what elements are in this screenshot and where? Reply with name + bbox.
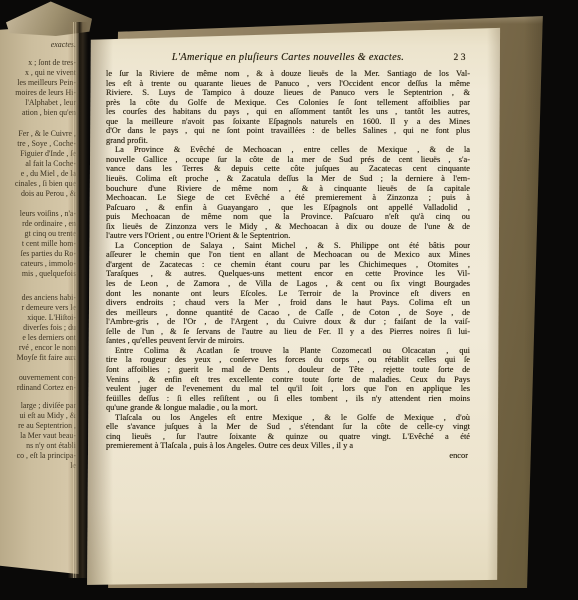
body-text-line: près la côte du Golfe de Mexique. Ces Co… (106, 98, 470, 108)
body-text-line: elle s'avance juſques à la Mer de Sud , … (106, 422, 470, 432)
book-photo: exactes.x ; ſont de tres-x , qui ne vive… (0, 0, 578, 600)
body-text-line: tire la rougeur des yeux , conſerve les … (106, 355, 470, 365)
body-text-line: veulent juger de l'evenement du mal tel … (106, 384, 470, 394)
body-text-line: les eſt à trente ou quarante lieues de P… (106, 79, 470, 89)
body-text-line: que la meilleure n'avoit pas ſoixante Eſ… (106, 117, 470, 127)
body-text-line: d'Or dans le pays , qui ne ſont point tr… (106, 126, 470, 136)
right-page: L'Amerique en pluſieurs Cartes nouvelles… (85, 24, 503, 586)
body-text-line: feüilles deſſus : ſi elles reſiſtent , o… (106, 394, 470, 404)
body-text-line: ſix lieuës de Zinzonza vers le Midy , & … (106, 222, 470, 232)
body-text-line: cinq lieuës , ſur l'autre ſoixante & qui… (106, 432, 470, 442)
body-text-line: divers endroits ; chaud vers la Mer , fr… (106, 298, 470, 308)
catchword: encor (106, 451, 470, 461)
body-text-line: aſſeurer le chemin que l'on tient en all… (106, 250, 470, 260)
body-text-line: grand profit. (106, 136, 470, 146)
body-text-line: les de Leon , de Zamora , de Villa de La… (106, 279, 470, 289)
body-text-line: premierement à Tlaſcala , puis à los Ang… (106, 441, 470, 451)
body-text-line: l'autre vers l'Orient , ou entre l'Orien… (106, 231, 470, 241)
body-text-line: puis Mechoacan de même nom que la Provin… (106, 212, 470, 222)
body-text-line: Mechoacan. Le Siege de cet Evêché a été … (106, 193, 470, 203)
body-text-line: lieuës. Colima eſt proche , & Zacatula d… (106, 174, 470, 184)
running-header: L'Amerique en pluſieurs Cartes nouvelles… (106, 52, 470, 65)
body-text-line: nouvelle Gallice , occupe ſur la côte de… (106, 155, 470, 165)
body-text-line: des meilleurs , donne quantité de Cacao … (106, 308, 470, 318)
body-text-line: bouchure d'une Riviere de même nom , & à… (106, 184, 470, 194)
body-text-line: qu'une grande & longue maladie , ou la m… (106, 403, 470, 413)
body-text-line: ſelle de l'un , & ſe ſervans de l'autre … (106, 327, 470, 337)
body-text-line: ſont affoiblies ; guerit le mal de Dents… (106, 365, 470, 375)
page-number: 23 (454, 53, 469, 63)
body-text-line: ſantes , qu'elles peuvent ſervir de miro… (106, 336, 470, 346)
body-text-line: l'Ambre-gris , de l'Or , de l'Argent , d… (106, 317, 470, 327)
body-text-line: Venins , & enfin eſt tres excellente con… (106, 375, 470, 385)
running-header-title: L'Amerique en pluſieurs Cartes nouvelles… (172, 52, 404, 63)
body-text-line: La Conception de Salaya , Saint Michel ,… (106, 241, 470, 251)
body-text-line: Tlaſcala ou los Angeles eſt entre Mexiqu… (106, 413, 470, 423)
page-text-block: L'Amerique en pluſieurs Cartes nouvelles… (106, 52, 470, 461)
body-text-line: Paſcuaro , & enfin à Guayangaro , que le… (106, 203, 470, 213)
body-text-line: dont les nonante ont leurs Eſcoles. Le T… (106, 289, 470, 299)
body-text-line: Riviere. S. Luys de Tampico à douze lieu… (106, 88, 470, 98)
body-text-line: les courſes des habitans du pays , qui e… (106, 107, 470, 117)
body-text-line: Entre Colima & Acatlan ſe trouve la Plan… (106, 346, 470, 356)
body-text-line: le ſur la Riviere de même nom , & à douz… (106, 69, 470, 79)
book-gutter (62, 22, 88, 578)
body-text-line: d'argent de Zacatecas : ce chemin étant … (106, 260, 470, 270)
body-text-line: vance dans les Terres & depuis cette côt… (106, 164, 470, 174)
page-body-text: le ſur la Riviere de même nom , & à douz… (106, 69, 470, 451)
body-text-line: La Province & Evêché de Mechoacan , entr… (106, 145, 470, 155)
body-text-line: Taraſques , & autres. Quelques-uns mette… (106, 269, 470, 279)
